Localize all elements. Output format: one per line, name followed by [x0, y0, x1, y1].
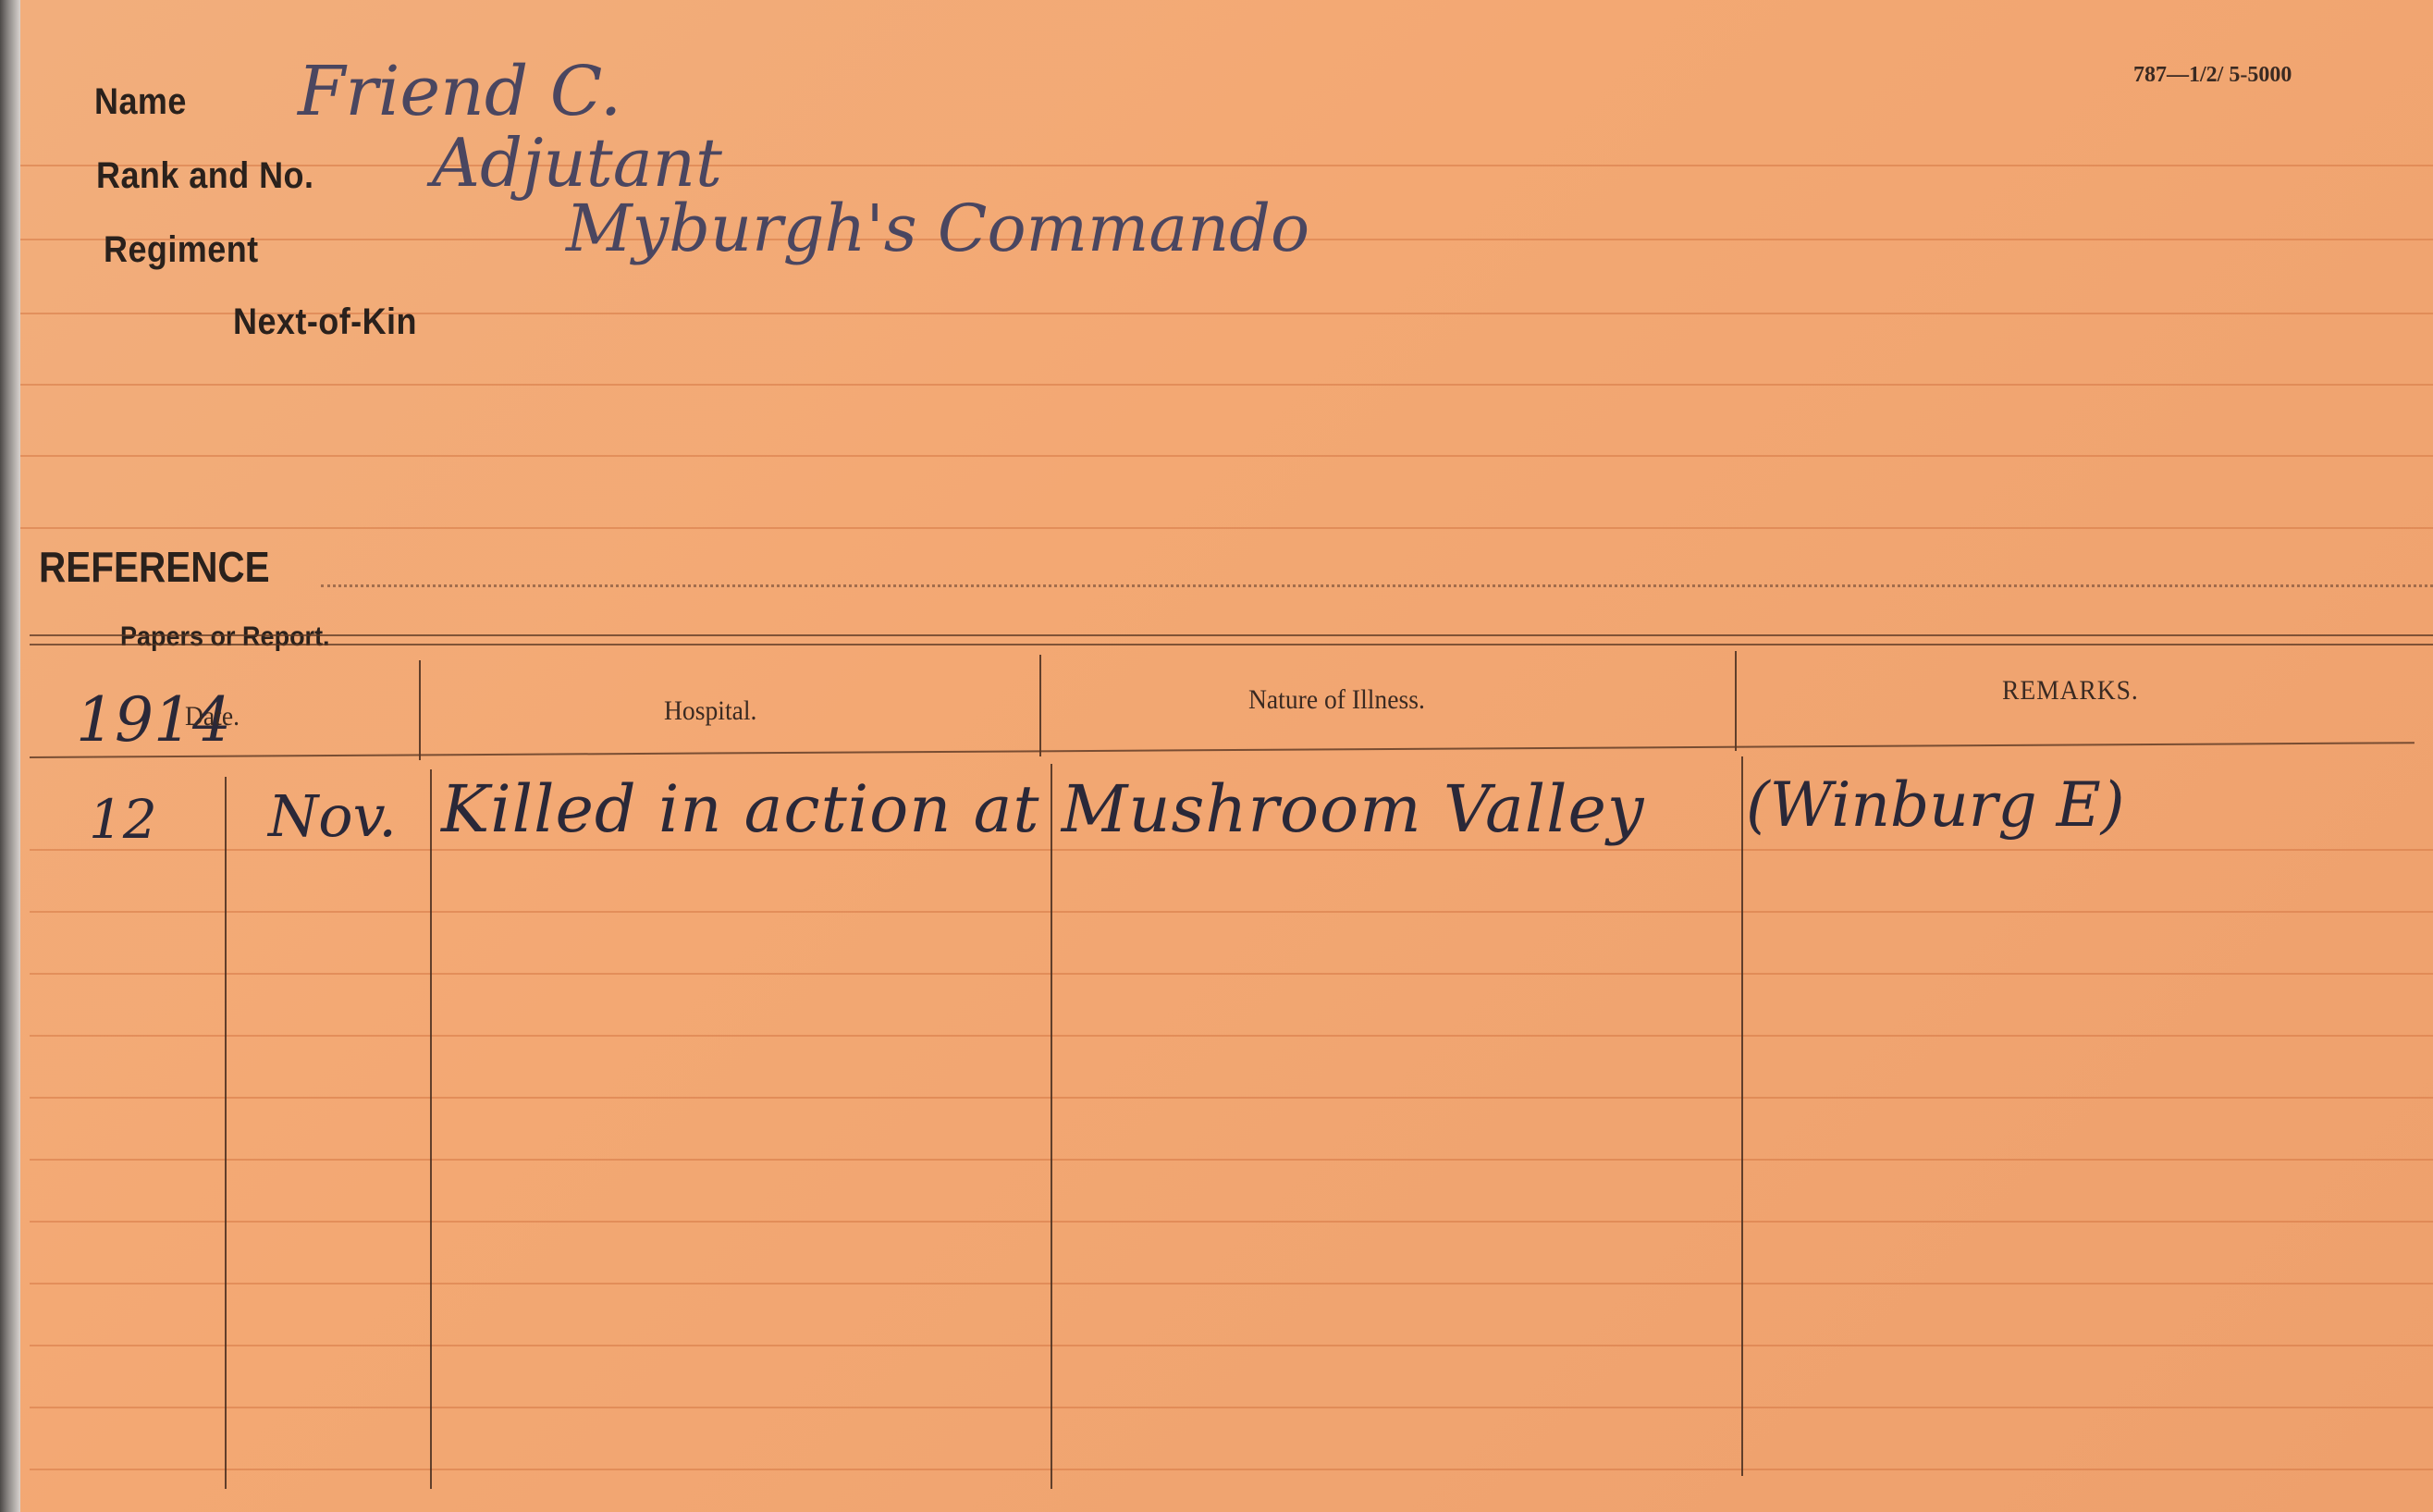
ruled-line — [20, 384, 2433, 386]
ruled-line — [30, 1035, 2433, 1037]
ruled-line — [20, 455, 2433, 457]
ruled-line — [30, 1221, 2433, 1223]
regiment-label: Regiment — [104, 229, 259, 271]
name-value: Friend C. — [298, 52, 621, 131]
ruled-line — [30, 1097, 2433, 1099]
ruled-line — [30, 1283, 2433, 1285]
ruled-line — [30, 1469, 2433, 1470]
reference-label: REFERENCE — [39, 542, 270, 592]
form-number: 787—1/2/ 5-5000 — [2133, 63, 2292, 88]
regiment-value: Myburgh's Commando — [566, 191, 1309, 266]
rank-label: Rank and No. — [96, 155, 313, 197]
ruled-line — [30, 973, 2433, 975]
ruled-line — [30, 1345, 2433, 1346]
column-header-nature-of-illness: Nature of Illness. — [1248, 684, 1425, 716]
ruled-line — [30, 1407, 2433, 1408]
column-header-date: Date. — [185, 701, 240, 732]
header-divider — [1039, 655, 1041, 756]
card-edge-shadow — [0, 0, 20, 1512]
column-divider-day — [225, 777, 227, 1489]
papers-or-report-label: Papers or Report. — [120, 621, 330, 653]
table-top-rule — [30, 644, 2433, 645]
column-divider-remarks — [1741, 756, 1743, 1476]
column-divider-illness — [1051, 764, 1052, 1489]
row-remarks: (Winburg E) — [1746, 769, 2125, 841]
next-of-kin-label: Next-of-Kin — [233, 301, 417, 343]
reference-dotted-line — [321, 584, 2433, 587]
ruled-line — [30, 1159, 2433, 1161]
column-header-remarks: REMARKS. — [2002, 675, 2139, 707]
row-entry: Killed in action at Mushroom Valley — [441, 771, 1644, 847]
header-divider — [419, 660, 421, 760]
ruled-line — [30, 911, 2433, 913]
table-top-rule — [30, 634, 2433, 636]
index-card: 787—1/2/ 5-5000 Name Rank and No. Regime… — [20, 0, 2433, 1512]
row-month: Nov. — [268, 782, 397, 850]
ruled-line — [20, 527, 2433, 529]
name-label: Name — [94, 81, 187, 123]
column-divider-month — [430, 769, 432, 1489]
header-bottom-rule — [30, 742, 2415, 758]
header-divider — [1735, 651, 1737, 751]
row-day: 12 — [89, 788, 157, 851]
ruled-line — [20, 165, 2433, 166]
column-header-hospital: Hospital. — [664, 695, 756, 727]
